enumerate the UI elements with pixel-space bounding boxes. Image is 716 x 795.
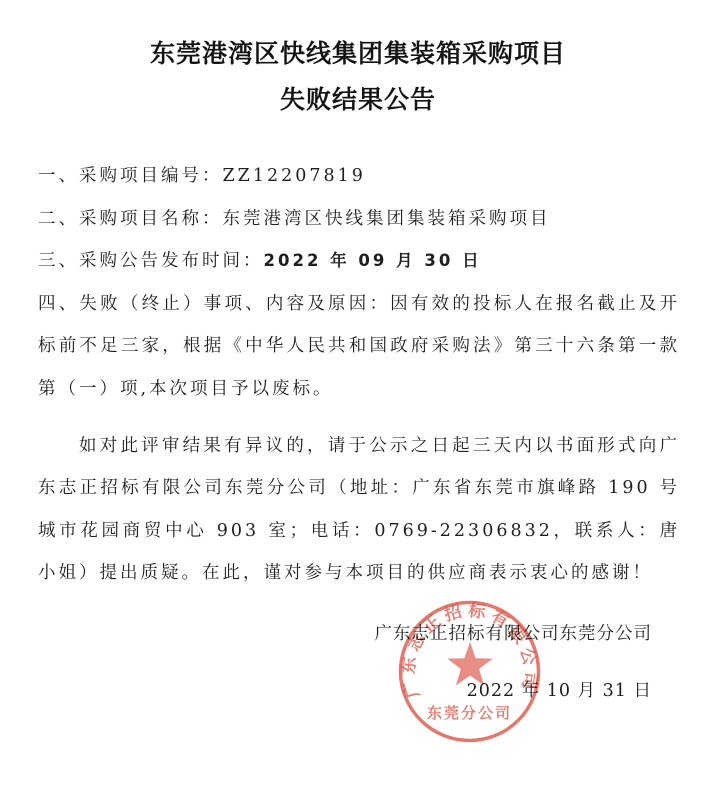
document-title: 东莞港湾区快线集团集装箱采购项目 失败结果公告: [0, 31, 716, 123]
seal-star-icon: [447, 642, 493, 685]
company-seal: 广东志正招标有限公司 东莞分公司: [394, 596, 546, 748]
item-project-name: 二、采购项目名称：东莞港湾区快线集团集装箱采购项目: [38, 198, 680, 241]
item-announcement-date: 三、采购公告发布时间：2022 年 09 月 30 日: [38, 240, 680, 283]
item-announcement-date-label: 三、采购公告发布时间：: [38, 251, 264, 271]
document-title-line1: 东莞港湾区快线集团集装箱采购项目: [0, 31, 716, 77]
item-announcement-date-value: 2022 年 09 月 30 日: [264, 251, 482, 270]
seal-bottom-text: 东莞分公司: [427, 704, 512, 722]
document-title-line2: 失败结果公告: [0, 77, 716, 123]
document-body: 一、采购项目编号：ZZ12207819 二、采购项目名称：东莞港湾区快线集团集装…: [38, 155, 680, 595]
objection-paragraph: 如对此评审结果有异议的，请于公示之日起三天内以书面形式向广东志正招标有限公司东莞…: [38, 425, 680, 595]
document-page: 东莞港湾区快线集团集装箱采购项目 失败结果公告 一、采购项目编号：ZZ12207…: [0, 0, 716, 795]
item-failure-reason: 四、失败（终止）事项、内容及原因：因有效的投标人在报名截止及开标前不足三家，根据…: [38, 283, 680, 411]
item-project-number: 一、采购项目编号：ZZ12207819: [38, 155, 680, 198]
